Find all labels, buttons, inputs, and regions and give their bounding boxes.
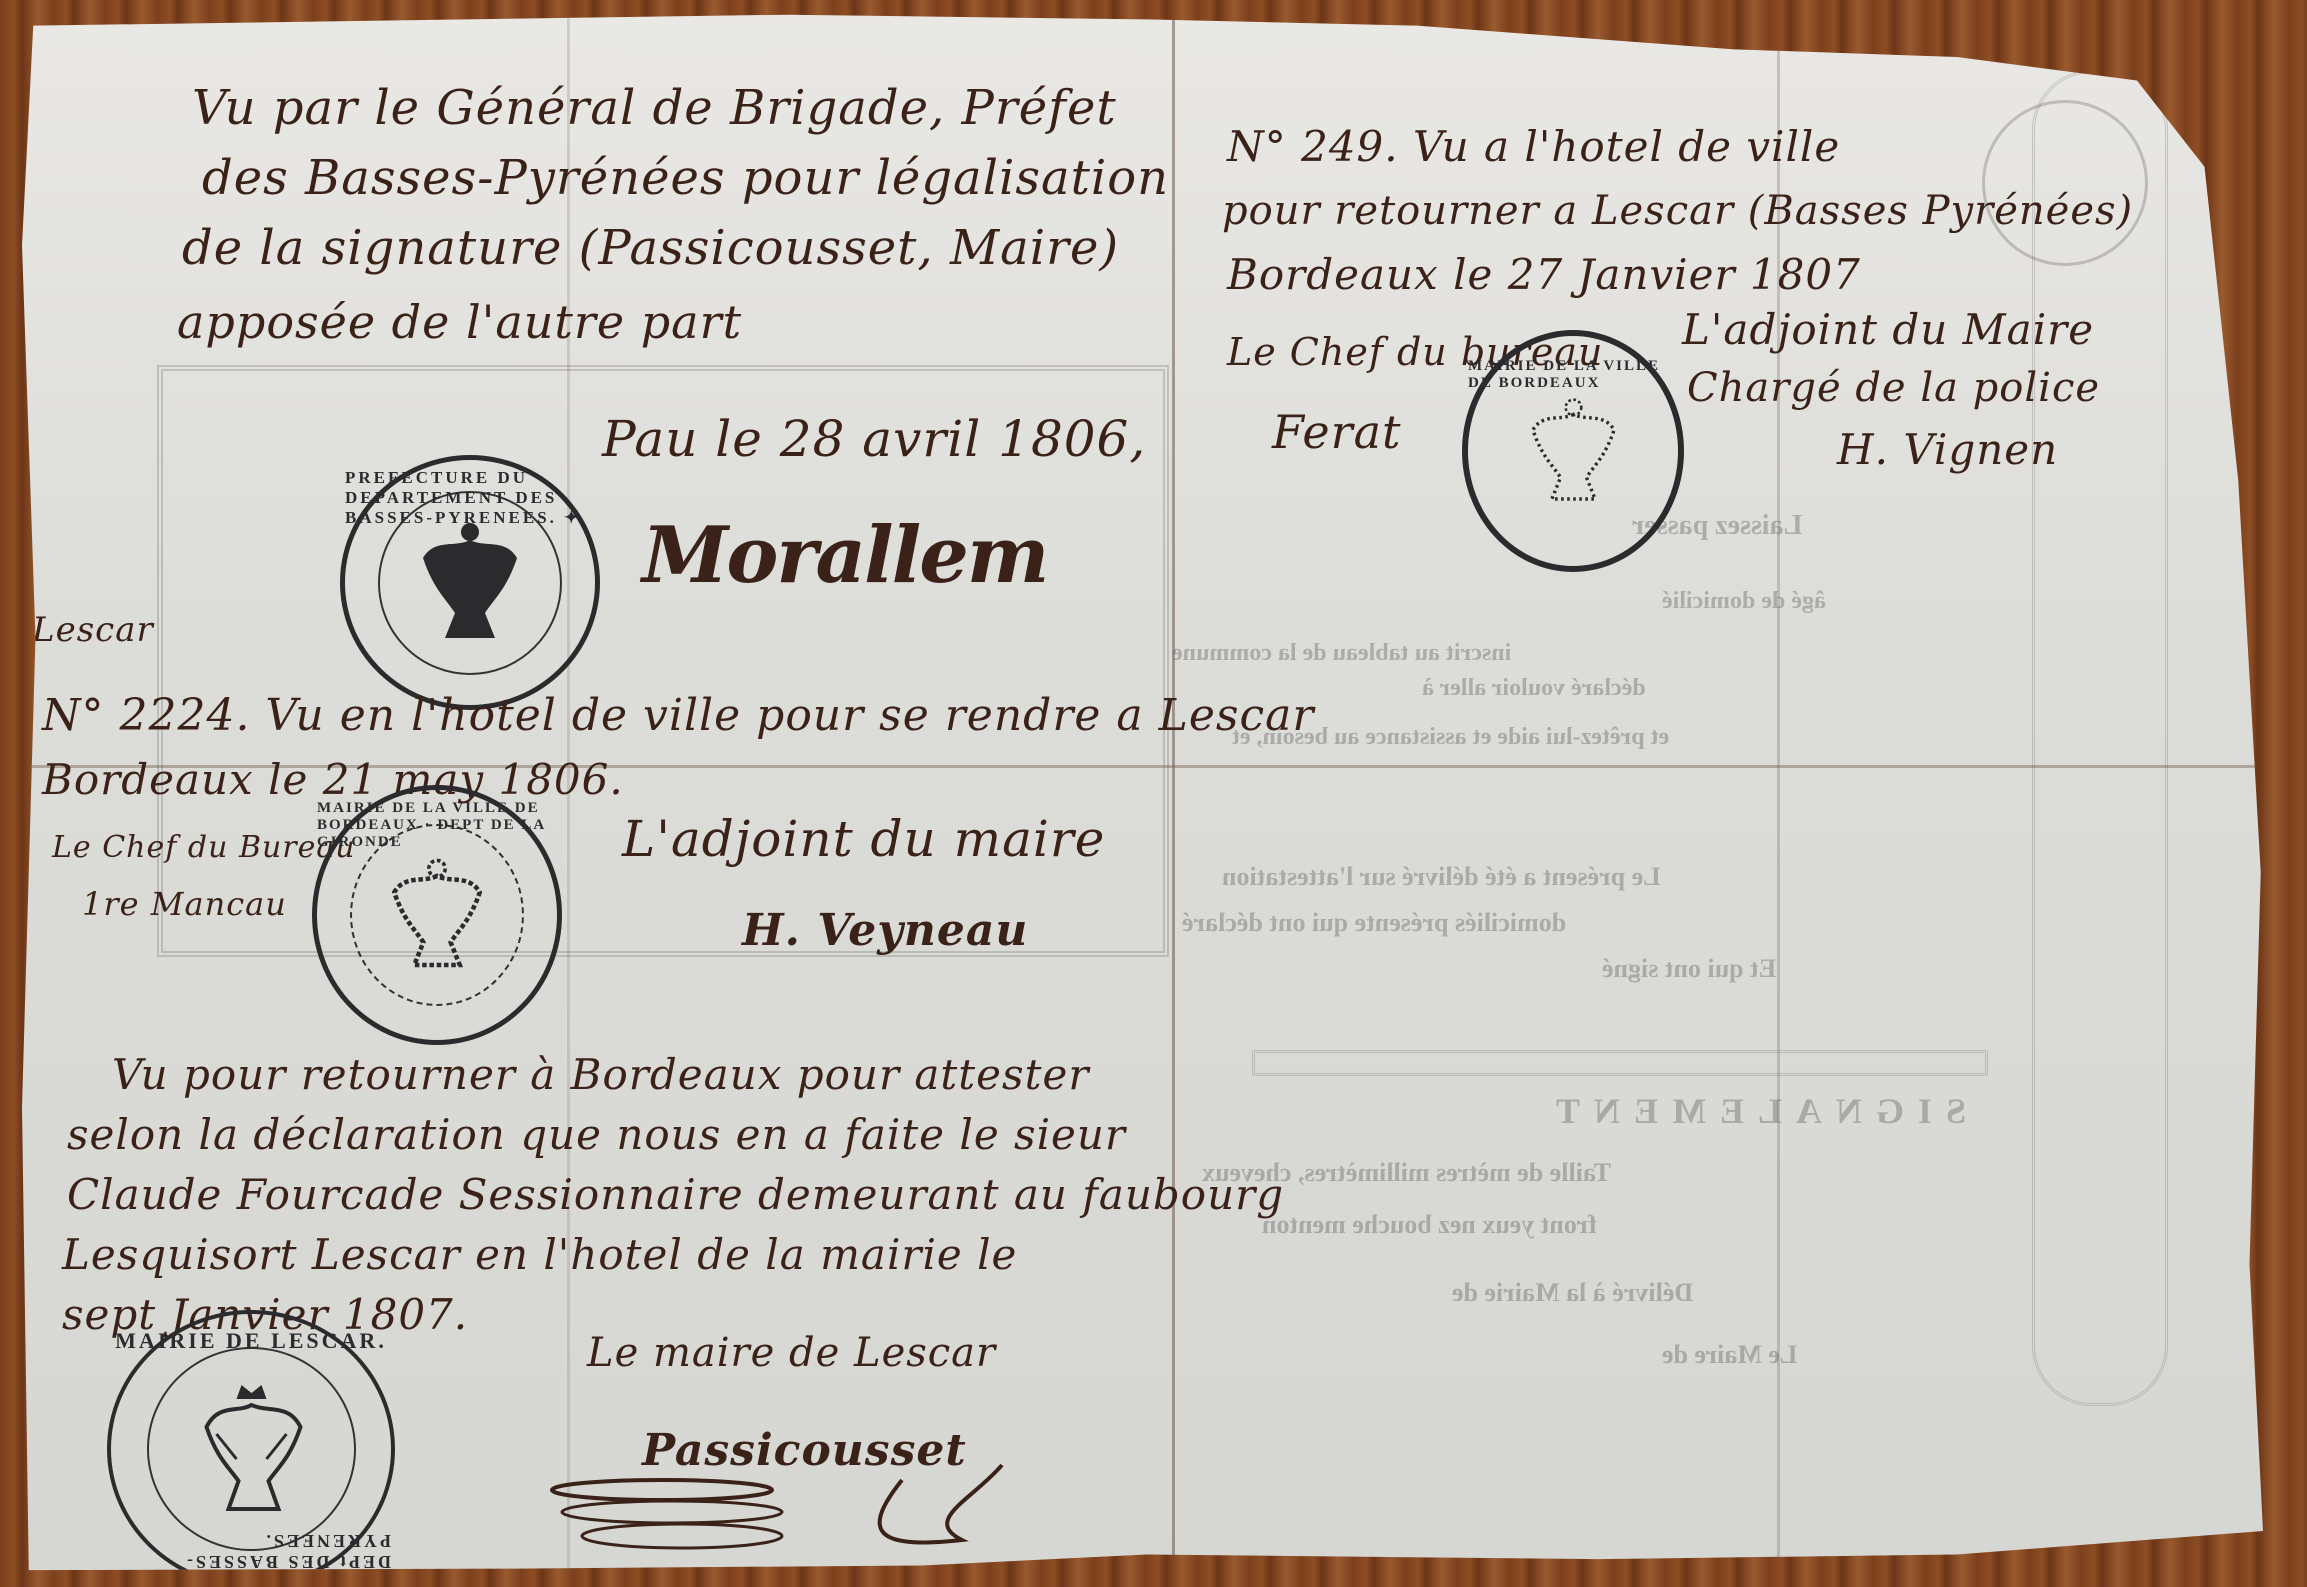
bleed-line: domiciliés présente qui ont déclaré [1182, 908, 1566, 938]
margin-note: Lescar [32, 610, 154, 650]
bleed-line: Et qui ont signé [1602, 954, 1776, 984]
seal-text: MAIRIE DE LA VILLE DE BORDEAUX · DEPT DE… [317, 800, 557, 851]
passport-paper: SIGNALEMENT Taille de mètres millimètres… [22, 10, 2272, 1578]
eagle-icon [415, 518, 525, 648]
bleed-line: Le Maire de [1662, 1340, 1797, 1370]
endorsement-line: de la signature (Passicousset, Maire) [182, 220, 1119, 276]
chief-signature: 1re Mancau [82, 885, 287, 923]
place-date: Pau le 28 avril 1806, [602, 410, 1146, 468]
ghost-seal [1982, 100, 2148, 266]
crowned-eagle-icon [194, 1379, 309, 1519]
eagle-icon [387, 855, 487, 975]
endorsement-purpose-line: pour retourner a Lescar (Basses Pyrénées… [1222, 188, 2133, 234]
bleed-heading: SIGNALEMENT [1542, 1090, 1966, 1132]
bleed-line: front yeux nez bouche menton [1262, 1210, 1597, 1240]
endorsement-line: Vu pour retourner à Bordeaux pour attest… [112, 1050, 1089, 1099]
endorsement-line: apposée de l'autre part [177, 295, 742, 349]
adjoint-label: L'adjoint du maire [622, 810, 1105, 868]
endorsement-line: Vu par le Général de Brigade, Préfet [192, 80, 1117, 136]
adjoint-label: L'adjoint du Maire [1682, 305, 2094, 354]
eagle-icon [1526, 394, 1621, 509]
endorsement-line: selon la déclaration que nous en a faite… [67, 1110, 1126, 1159]
endorsement-line: des Basses-Pyrénées pour légalisation [202, 150, 1169, 206]
bleed-line: Le présent a été délivré sur l'attestati… [1222, 862, 1661, 892]
adjoint-signature: H. Veyneau [742, 905, 1028, 956]
endorsement-date-line: Bordeaux le 27 Janvier 1807 [1227, 250, 1861, 299]
bleed-line: Délivré à la Mairie de [1452, 1278, 1693, 1308]
adjoint-signature: H. Vignen [1837, 425, 2058, 474]
prefect-signature: Morallem [642, 510, 1047, 601]
mairie-bordeaux-1807-seal: MAIRIE DE LA VILLE DE BORDEAUX [1462, 330, 1684, 572]
mairie-lescar-seal: MAIRIE DE LESCAR. DEPt DES BASSES-PYRENE… [107, 1310, 395, 1587]
endorsement-line: Claude Fourcade Sessionnaire demeurant a… [67, 1170, 1284, 1219]
prefecture-seal: PREFECTURE DU DEPARTEMENT DES BASSES-PYR… [340, 455, 600, 710]
endorsement-line: Lesquisort Lescar en l'hotel de la mairi… [62, 1230, 1017, 1279]
chief-signature: Ferat [1272, 405, 1402, 459]
bleed-line: inscrit au tableau de la commune [1172, 640, 1511, 667]
adjoint-sub-label: Chargé de la police [1687, 365, 2100, 411]
mayor-label: Le maire de Lescar [587, 1330, 996, 1376]
printed-rule-ghost [1252, 1050, 1988, 1076]
chief-label: Le Chef du Bureau [52, 830, 356, 865]
endorsement-date-line: Bordeaux le 21 may 1806. [42, 755, 624, 804]
printed-border-ghost [2032, 70, 2168, 1406]
endorsement-number-line: N° 2224. Vu en l'hotel de ville pour se … [42, 690, 1314, 741]
vertical-fold [1172, 10, 1175, 1578]
bleed-line: âgé de domicilié [1662, 588, 1826, 615]
seal-text-bottom: DEPt DES BASSES-PYRENEES. [111, 1530, 391, 1572]
seal-text-top: MAIRIE DE LESCAR. [115, 1328, 387, 1354]
signature-flourish [542, 1460, 1022, 1570]
bleed-line: déclaré vouloir aller à [1422, 675, 1646, 702]
mairie-bordeaux-seal: MAIRIE DE LA VILLE DE BORDEAUX · DEPT DE… [312, 785, 562, 1045]
seal-text: MAIRIE DE LA VILLE DE BORDEAUX [1468, 358, 1678, 392]
endorsement-number-line: N° 249. Vu a l'hotel de ville [1227, 122, 1840, 171]
